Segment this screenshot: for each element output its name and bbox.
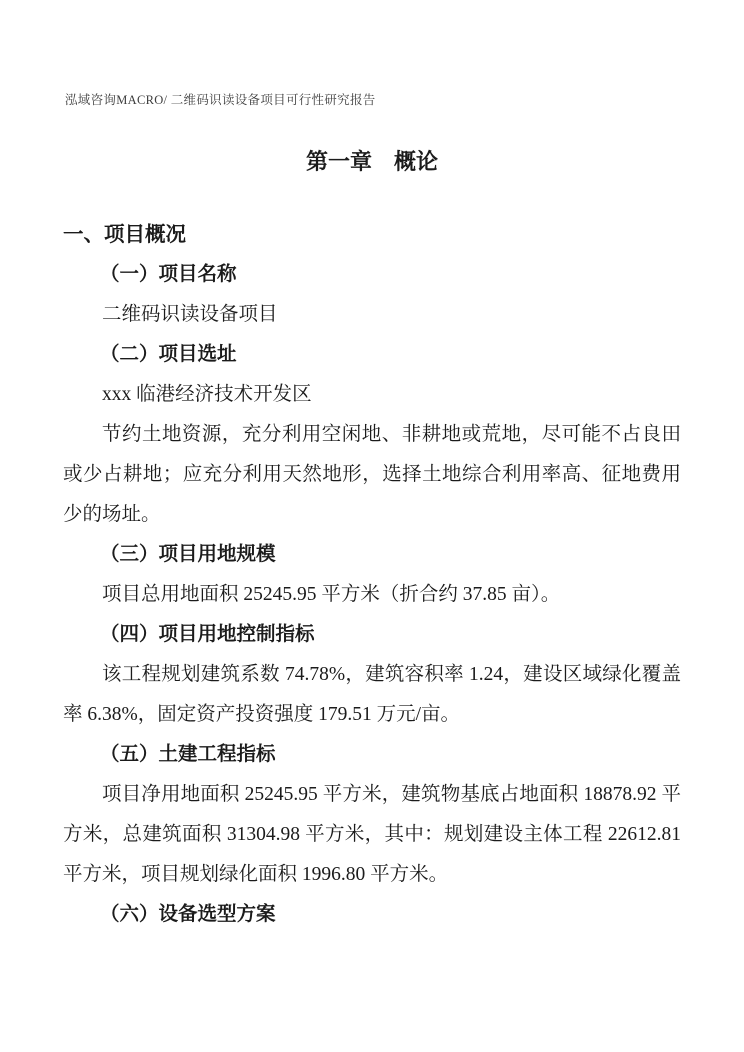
document-page: 泓域咨询MACRO/ 二维码识读设备项目可行性研究报告 第一章 概论 一、项目概… [0, 0, 744, 1052]
running-header: 泓域咨询MACRO/ 二维码识读设备项目可行性研究报告 [65, 90, 376, 108]
document-body: 第一章 概论 一、项目概况 （一）项目名称 二维码识读设备项目 （二）项目选址 … [63, 142, 681, 935]
subsection-heading-land-scale: （三）项目用地规模 [63, 535, 681, 575]
subsection-heading-land-control-indicators: （四）项目用地控制指标 [63, 615, 681, 655]
paragraph-civil-engineering-indicators: 项目净用地面积 25245.95 平方米，建筑物基底占地面积 18878.92 … [63, 775, 681, 895]
subsection-heading-equipment-selection: （六）设备选型方案 [63, 895, 681, 935]
subsection-heading-civil-engineering-indicators: （五）土建工程指标 [63, 735, 681, 775]
section-heading-project-overview: 一、项目概况 [63, 215, 681, 255]
subsection-heading-project-name: （一）项目名称 [63, 255, 681, 295]
paragraph-project-name: 二维码识读设备项目 [63, 295, 681, 335]
paragraph-project-site: xxx 临港经济技术开发区 [63, 375, 681, 415]
paragraph-land-scale: 项目总用地面积 25245.95 平方米（折合约 37.85 亩）。 [63, 575, 681, 615]
paragraph-site-selection-principles: 节约土地资源，充分利用空闲地、非耕地或荒地，尽可能不占良田或少占耕地；应充分利用… [63, 415, 681, 535]
subsection-heading-project-site: （二）项目选址 [63, 335, 681, 375]
chapter-title: 第一章 概论 [63, 142, 681, 182]
paragraph-land-control-indicators: 该工程规划建筑系数 74.78%，建筑容积率 1.24，建设区域绿化覆盖率 6.… [63, 655, 681, 735]
